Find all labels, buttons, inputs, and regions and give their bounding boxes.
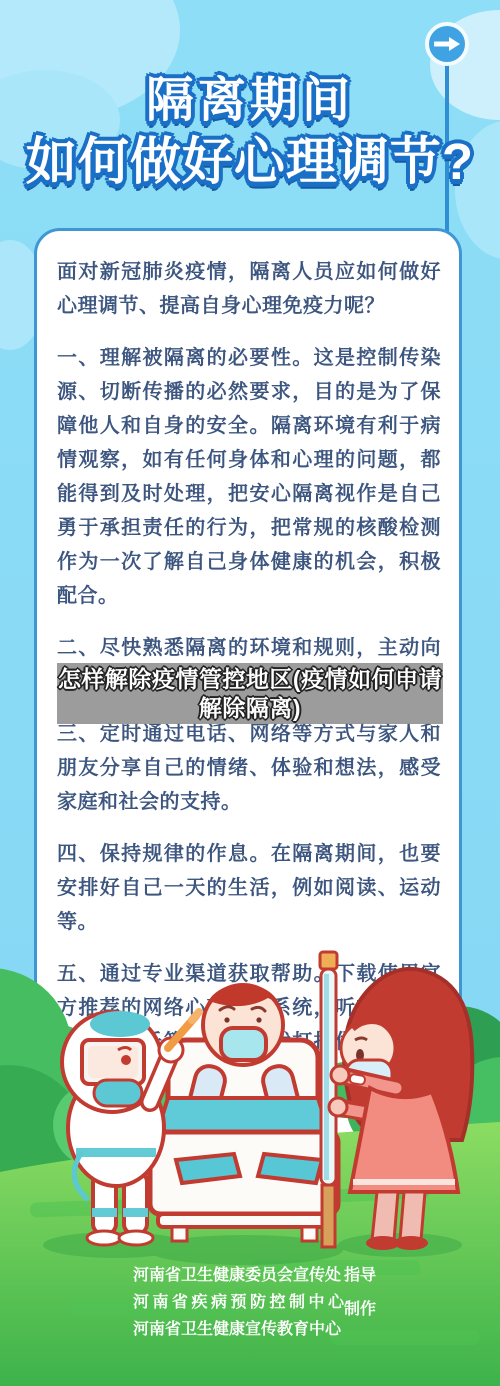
quarantine-psychology-poster: 隔离期间 如何做好心理调节? 面对新冠肺炎疫情，隔离人员应如何做好心理调节、提高… <box>0 0 500 1386</box>
patient-mask <box>221 1028 266 1060</box>
intro-paragraph: 面对新冠肺炎疫情，隔离人员应如何做好心理调节、提高自身心理免疫力呢？ <box>57 255 441 323</box>
watermark-overlay: 怎样解除疫情管控地区(疫情如何申请 解除隔离) <box>57 663 443 724</box>
point-1: 一、理解被隔离的必要性。这是控制传染源、切断传播的必然要求，目的是为了保障他人和… <box>57 341 441 613</box>
watermark-line-2: 解除隔离) <box>199 694 301 723</box>
quarantine-scene-illustration <box>0 900 500 1386</box>
worker-mask <box>94 1080 142 1106</box>
point-3: 三、定时通过电话、网络等方式与家人和朋友分享自己的情绪、体验和想法，感受家庭和社… <box>57 717 441 819</box>
title-line-2: 如何做好心理调节? <box>0 130 500 194</box>
poster-title: 隔离期间 如何做好心理调节? <box>0 72 500 194</box>
arrow-right-icon <box>425 22 469 66</box>
patient-in-bed <box>150 984 338 1241</box>
watermark-line-1: 怎样解除疫情管控地区(疫情如何申请 <box>58 665 442 694</box>
title-line-1: 隔离期间 <box>0 72 500 130</box>
